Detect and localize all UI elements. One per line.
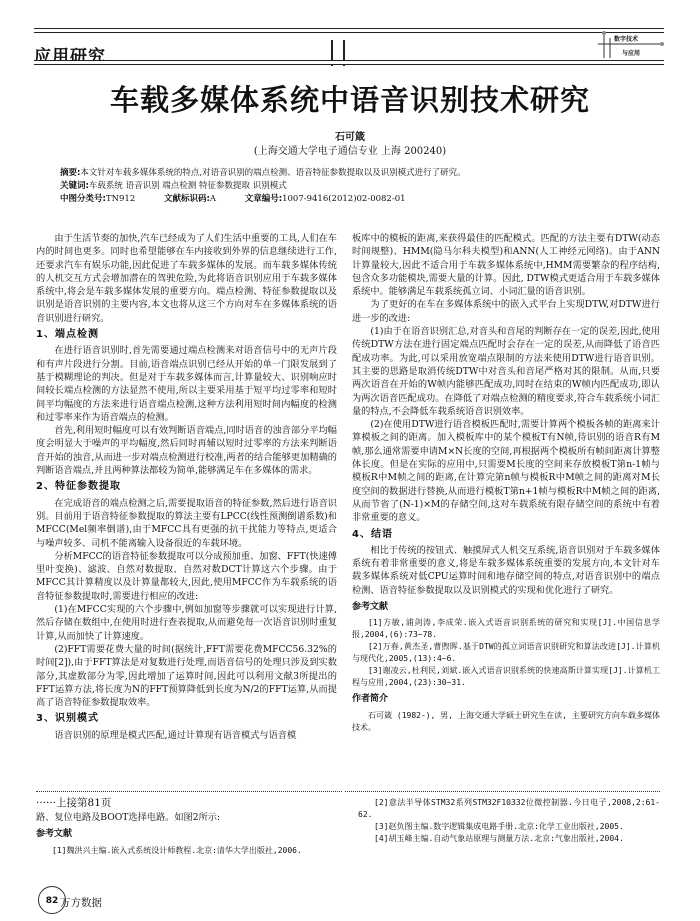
- abstract-text: 本文针对车载多媒体系统的特点,对语音识别的端点检测、语音特征参数提取以及识别模式…: [80, 168, 465, 178]
- continuation-references-heading: 参考文献: [36, 828, 336, 841]
- paragraph: (1)在MFCC实现的六个步骤中,例如加窗等步骤就可以实现进行计算,然后存储在数…: [36, 603, 337, 643]
- journal-logo-bottom: 与应用: [622, 48, 640, 57]
- author-bio: 石可箴 (1982-), 男, 上海交通大学硕士研究生在读, 主要研究方向车载多…: [352, 710, 660, 734]
- reference-item: [2]万春,黄杰圣,曹煦晖.基于DTW的孤立词语音识别研究和算法改进[J].计算…: [352, 641, 660, 665]
- section-4-heading: 4、结语: [352, 528, 660, 541]
- watermark: 万方数据: [60, 895, 102, 910]
- intro-paragraph: 由于生活节奏的加快,汽车已经成为了人们生活中重要的工具,人们在车内的时间也更多。…: [36, 232, 337, 325]
- paragraph: 在完成语音的端点检测之后,需要提取语音的特征参数,然后进行语音识别。目前用于语音…: [36, 497, 337, 550]
- continuation-left: ······上接第81页 路、复位电路及BOOT选择电路。如图2所示: 参考文献…: [36, 796, 336, 857]
- reference-item: [2]意法半导体STM32系列STM32F10332位微控制器.今日电子,200…: [358, 797, 660, 821]
- reference-item: [1]魏洪兴主编.嵌入式系统设计师教程.北京:清华大学出版社,2006.: [36, 845, 336, 857]
- abstract-label: 摘要:: [60, 168, 80, 178]
- keywords: 关键词:车载系统 语音识别 端点检测 特征参数提取 识别模式: [60, 180, 287, 193]
- paragraph: 在进行语音识别时,首先需要通过端点检测来对语音信号中的无声片段和有声片段进行分割…: [36, 344, 337, 424]
- doc-code-value: A: [210, 194, 216, 204]
- clc-label: 中图分类号:: [60, 194, 106, 204]
- clc-value: TN912: [106, 194, 135, 204]
- section-2-heading: 2、特征参数提取: [36, 480, 337, 493]
- continuation-text: 路、复位电路及BOOT选择电路。如图2所示:: [36, 811, 336, 824]
- paragraph: (1)由于在语音识别汇总,对音头和音尾的判断存在一定的误差,因此,使用传统DTW…: [352, 325, 660, 418]
- journal-logo: 数字技术 与应用: [598, 30, 668, 60]
- author-affiliation: (上海交通大学电子通信专业 上海 200240): [0, 142, 700, 157]
- header-bottom-rule: [34, 60, 664, 65]
- right-continuation-divider: [345, 791, 660, 792]
- section-3-heading: 3、识别模式: [36, 712, 337, 725]
- keywords-label: 关键词:: [60, 181, 89, 191]
- continued-from-label: ······上接第81页: [36, 796, 336, 811]
- continuation-right: [2]意法半导体STM32系列STM32F10332位微控制器.今日电子,200…: [358, 797, 660, 845]
- paragraph: (2)在使用DTW进行语音模板匹配时,需要计算两个模板各帧的距离来计算模板之间的…: [352, 418, 660, 524]
- article-no-value: 1007-9416(2012)02-0082-01: [282, 194, 405, 204]
- reference-item: [3]谢凌云,杜利民,刘斌.嵌入式语音识别系统的快速高斯计算实现[J].计算机工…: [352, 665, 660, 689]
- header-top-rule: [34, 28, 664, 33]
- reference-item: [4]胡玉峰主编.自动气象站原理与测量方法.北京:气象出版社,2004.: [358, 833, 660, 845]
- left-column: 由于生活节奏的加快,汽车已经成为了人们生活中重要的工具,人们在车内的时间也更多。…: [36, 232, 337, 742]
- paragraph: 分析MFCC的语音特征参数提取可以分成预加重、加窗、FFT(快速傅里叶变换)、滤…: [36, 550, 337, 603]
- paragraph: (2)FFT需要花费大量的时间(据统计,FFT需要花费MFCC56.32%的时间…: [36, 643, 337, 709]
- paragraph: 板库中的模板的距离,来获得最佳的匹配模式。匹配的方法主要有DTW(动态时间规整)…: [352, 232, 660, 298]
- right-column: 板库中的模板的距离,来获得最佳的匹配模式。匹配的方法主要有DTW(动态时间规整)…: [352, 232, 660, 734]
- section-1-heading: 1、端点检测: [36, 328, 337, 341]
- classification: 中图分类号:TN912 文献标识码:A 文章编号:1007-9416(2012)…: [60, 193, 406, 206]
- keywords-text: 车载系统 语音识别 端点检测 特征参数提取 识别模式: [89, 181, 287, 191]
- author-name: 石可箴: [0, 128, 700, 143]
- page-number: 82: [46, 896, 59, 906]
- author-bio-heading: 作者简介: [352, 693, 660, 706]
- abstract: 摘要:本文针对车载多媒体系统的特点,对语音识别的端点检测、语音特征参数提取以及识…: [60, 167, 466, 180]
- reference-item: [1]方敏,浦剑涛,李成荣.嵌入式语音识别系统的研究和实现[J].中国信息学报,…: [352, 617, 660, 641]
- paragraph: 为了更好的在车在多媒体系统中的嵌入式平台上实现DTW,对DTW进行进一步的改进:: [352, 298, 660, 325]
- left-continuation-divider: [36, 791, 342, 792]
- journal-logo-top: 数字技术: [614, 34, 638, 43]
- reference-item: [3]赵负图主编.数字逻辑集成电路手册.北京:化学工业出版社,2005.: [358, 821, 660, 833]
- references-heading: 参考文献: [352, 601, 660, 614]
- paragraph: 语音识别的原理是模式匹配,通过计算现有语音模式与语音模: [36, 729, 337, 742]
- article-no-label: 文章编号:: [245, 194, 282, 204]
- article-title: 车载多媒体系统中语音识别技术研究: [0, 78, 700, 119]
- doc-code-label: 文献标识码:: [164, 194, 210, 204]
- paragraph: 相比于传统的按钮式、触摸屏式人机交互系统,语音识别对于车载多媒体系统有着非常重要…: [352, 544, 660, 597]
- paragraph: 首先,利用短时幅度可以有效判断语音端点,同时语音的浊音部分平均幅度会明显大于噪声…: [36, 424, 337, 477]
